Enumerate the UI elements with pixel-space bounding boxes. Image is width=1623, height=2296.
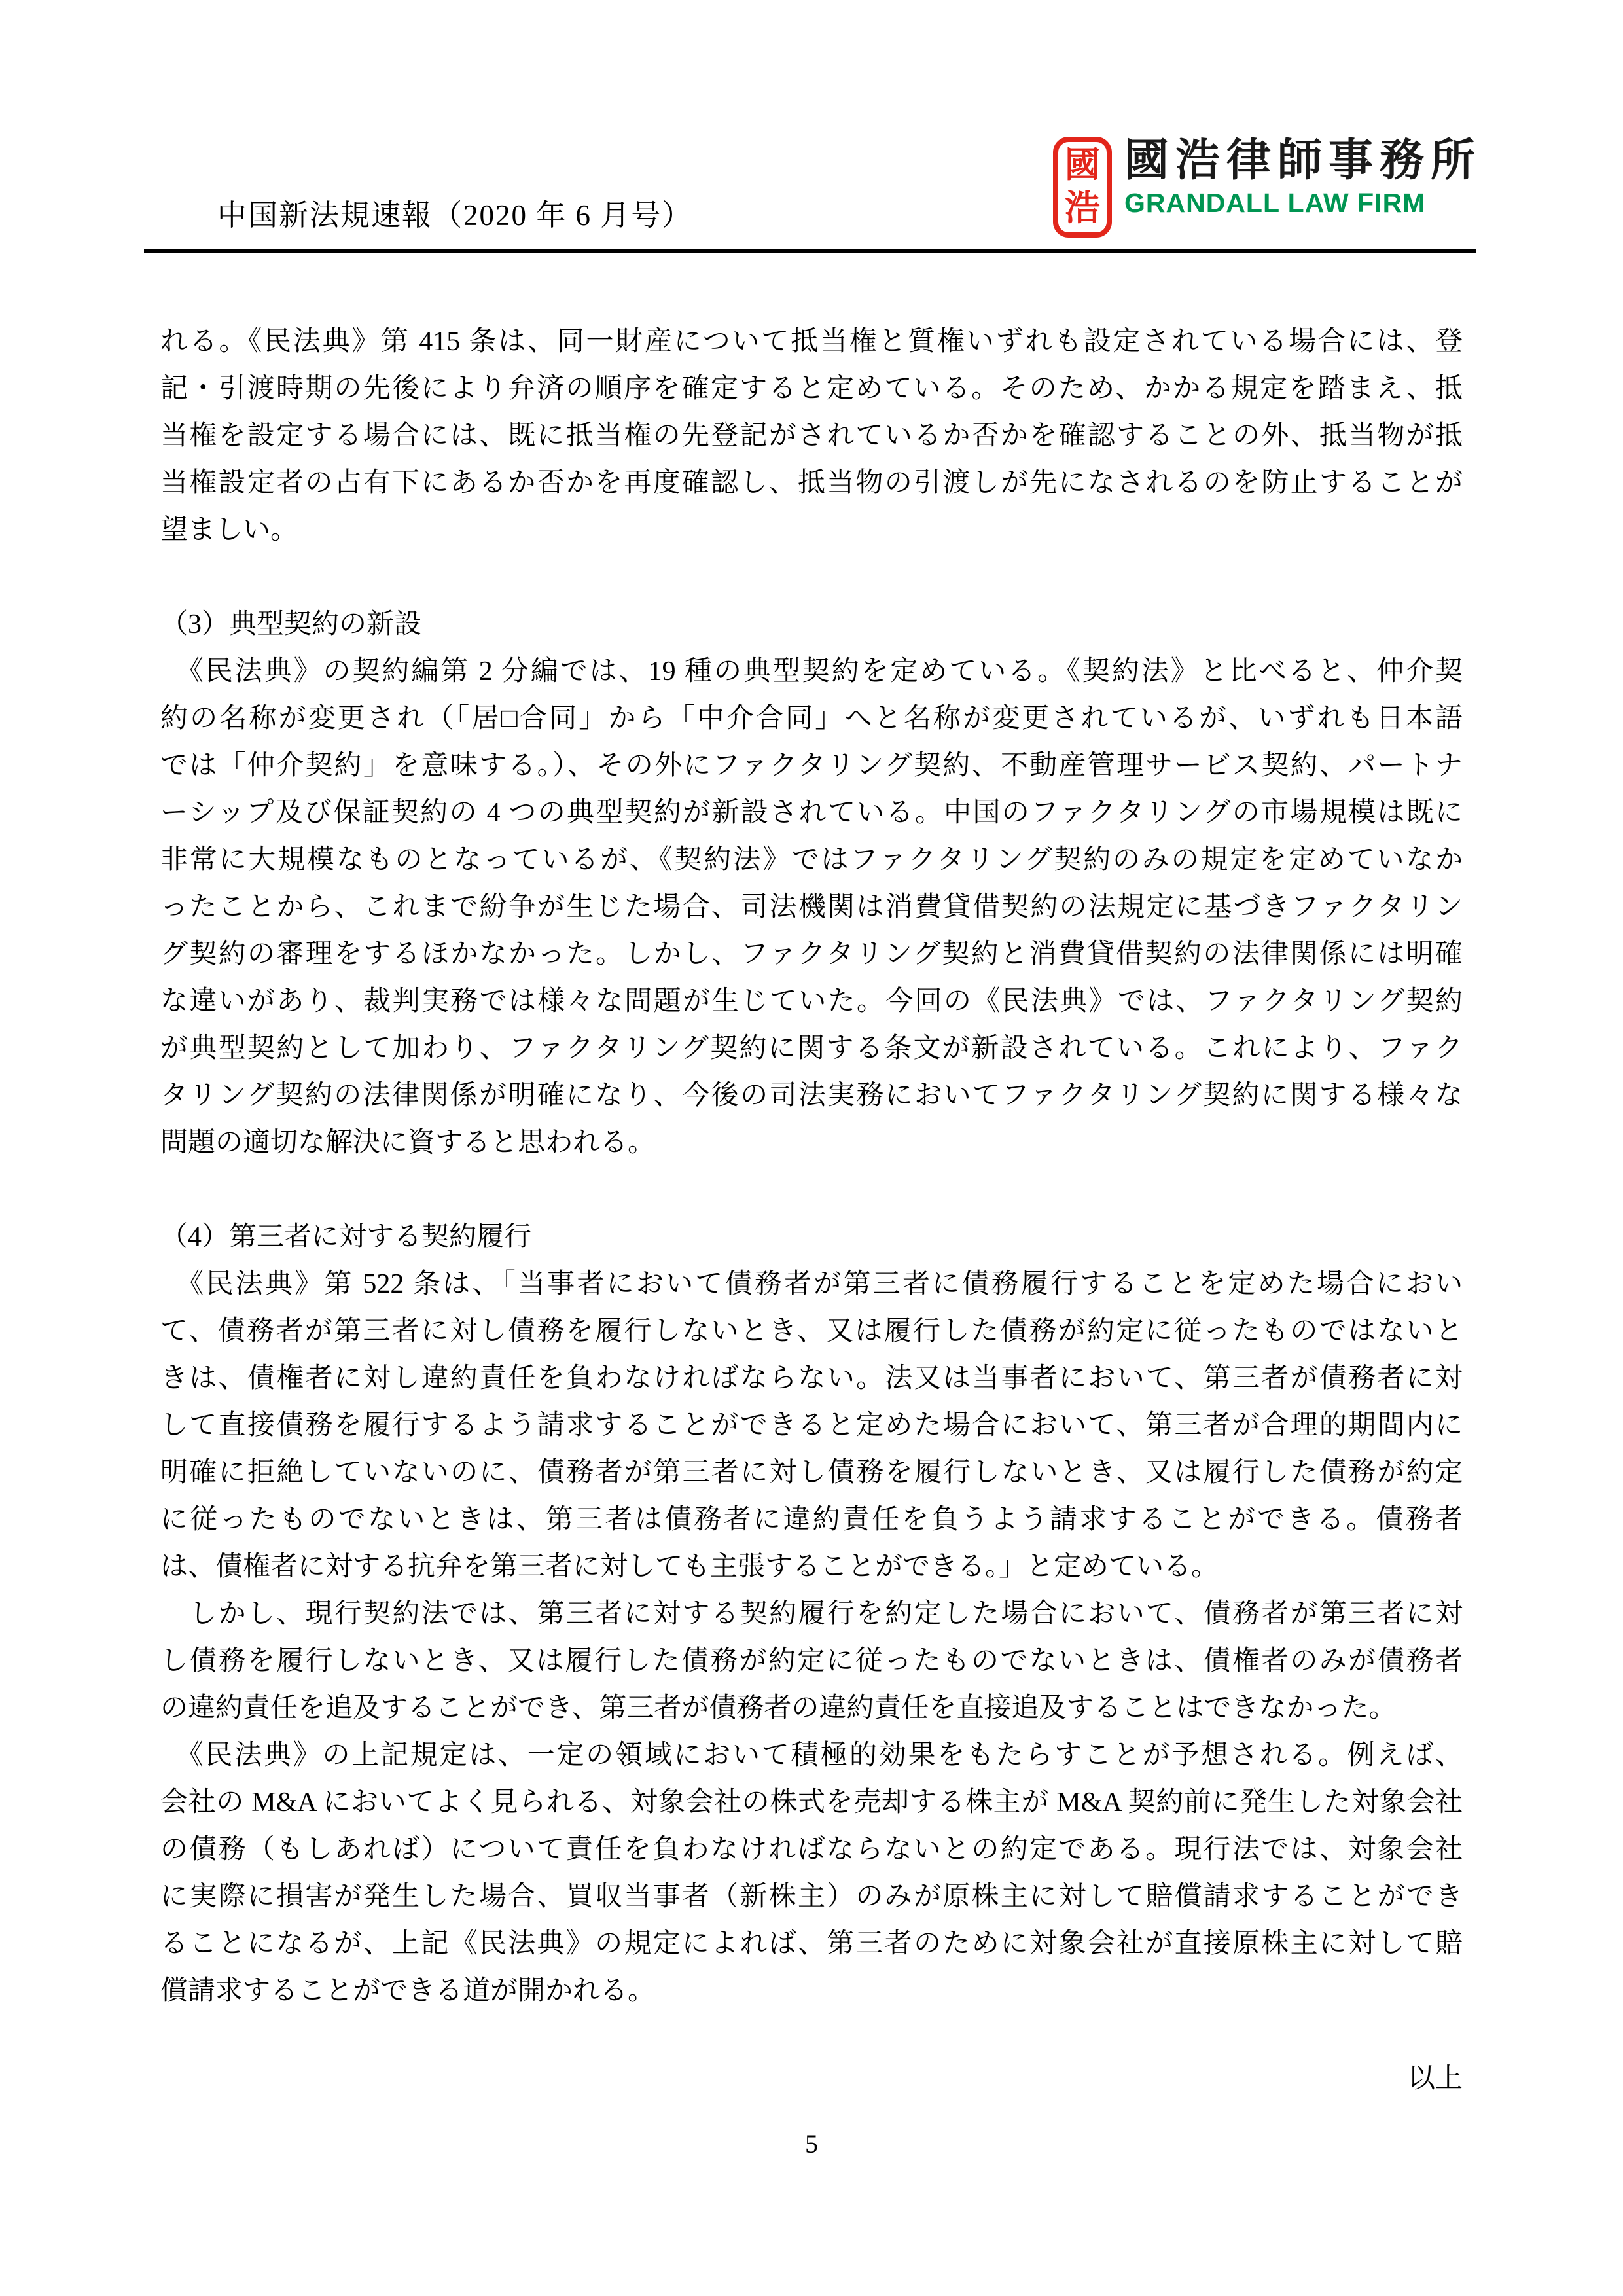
- body-line: し債務を履行しないとき、又は履行した債務が約定に従ったものでないときは、債権者の…: [160, 1638, 1463, 1685]
- newsletter-title: 中国新法規速報（2020 年 6 月号）: [217, 191, 692, 234]
- body-paragraph: 《民法典》第 522 条は、「当事者において債務者が第三者に債務履行することを定…: [160, 1261, 1463, 1590]
- body-line: 約の名称が変更され（「居□合同」から「中介合同」へと名称が変更されているが、いず…: [160, 695, 1463, 742]
- body-line: の違約責任を追及することができ、第三者が債務者の違約責任を直接追及することはでき…: [160, 1685, 1463, 1732]
- body-line: 問題の適切な解決に資すると思われる。: [160, 1119, 1463, 1166]
- body-line: 会社の M&A においてよく見られる、対象会社の株式を売却する株主が M&A 契…: [160, 1779, 1463, 1826]
- body-line: は、債権者に対する抗弁を第三者に対しても主張することができる。」と定めている。: [160, 1543, 1463, 1590]
- header-rule: [144, 249, 1476, 253]
- body-line: では「仲介契約」を意味する。）、その外にファクタリング契約、不動産管理サービス契…: [160, 742, 1463, 789]
- document-page: 中国新法規速報（2020 年 6 月号） 國 浩 國浩律師事務所 GRANDAL…: [0, 0, 1623, 2296]
- body-line: の債務（もしあれば）について責任を負わなければならないとの約定である。現行法では…: [160, 1826, 1463, 1873]
- body-line: しかし、現行契約法では、第三者に対する契約履行を約定した場合において、債務者が第…: [160, 1590, 1463, 1638]
- body-line: 《民法典》第 522 条は、「当事者において債務者が第三者に債務履行することを定…: [160, 1261, 1463, 1308]
- seal-char-top: 國: [1065, 145, 1100, 185]
- body-paragraph: れる。《民法典》第 415 条は、同一財産について抵当権と質権いずれも設定されて…: [160, 318, 1463, 554]
- body-line: ーシップ及び保証契約の 4 つの典型契約が新設されている。中国のファクタリングの…: [160, 789, 1463, 836]
- body-line: に実際に損害が発生した場合、買収当事者（新株主）のみが原株主に対して賠償請求する…: [160, 1873, 1463, 1920]
- firm-logo: 國 浩 國浩律師事務所 GRANDALL LAW FIRM: [1052, 136, 1482, 238]
- body-paragraph: 《民法典》の上記規定は、一定の領域において積極的効果をもたらすことが予想される。…: [160, 1732, 1463, 2015]
- body-line: して直接債務を履行するよう請求することができると定めた場合において、第三者が合理…: [160, 1402, 1463, 1449]
- body-line: 望ましい。: [160, 507, 1463, 554]
- body-line: ったことから、これまで紛争が生じた場合、司法機関は消費貸借契約の法規定に基づきフ…: [160, 884, 1463, 931]
- firm-seal-icon: 國 浩: [1052, 136, 1113, 238]
- body-line: が典型契約として加わり、ファクタリング契約に関する条文が新設されている。これによ…: [160, 1025, 1463, 1072]
- page-number: 5: [0, 2128, 1623, 2159]
- body-line: れる。《民法典》第 415 条は、同一財産について抵当権と質権いずれも設定されて…: [160, 318, 1463, 365]
- body-line: 記・引渡時期の先後により弁済の順序を確定すると定めている。そのため、かかる規定を…: [160, 365, 1463, 412]
- body-paragraph: しかし、現行契約法では、第三者に対する契約履行を約定した場合において、債務者が第…: [160, 1590, 1463, 1732]
- body-line: 償請求することができる道が開かれる。: [160, 1967, 1463, 2015]
- body-line: に従ったものでないときは、第三者は債務者に違約責任を負うよう請求することができる…: [160, 1496, 1463, 1543]
- body-paragraph: 《民法典》の契約編第 2 分編では、19 種の典型契約を定めている。《契約法》と…: [160, 648, 1463, 1166]
- body-line: 明確に拒絶していないのに、債務者が第三者に対し債務を履行しないとき、又は履行した…: [160, 1449, 1463, 1496]
- body-line: な違いがあり、裁判実務では様々な問題が生じていた。今回の《民法典》では、ファクタ…: [160, 978, 1463, 1025]
- body-line: グ契約の審理をするほかなかった。しかし、ファクタリング契約と消費貸借契約の法律関…: [160, 931, 1463, 978]
- body-line: 《民法典》の契約編第 2 分編では、19 種の典型契約を定めている。《契約法》と…: [160, 648, 1463, 695]
- firm-name-en: GRANDALL LAW FIRM: [1124, 188, 1425, 219]
- firm-name-cjk: 國浩律師事務所: [1124, 136, 1482, 185]
- document-body: れる。《民法典》第 415 条は、同一財産について抵当権と質権いずれも設定されて…: [160, 318, 1463, 2102]
- body-line: 当権を設定する場合には、既に抵当権の先登記がされているか否かを確認することの外、…: [160, 412, 1463, 459]
- section-heading: （4）第三者に対する契約履行: [160, 1213, 1463, 1261]
- firm-logotype: 國浩律師事務所 GRANDALL LAW FIRM: [1124, 136, 1482, 219]
- section-heading: （3）典型契約の新設: [160, 601, 1463, 648]
- seal-char-bottom: 浩: [1065, 188, 1100, 228]
- body-line: て、債務者が第三者に対し債務を履行しないとき、又は履行した債務が約定に従ったもの…: [160, 1308, 1463, 1355]
- body-line: 《民法典》の上記規定は、一定の領域において積極的効果をもたらすことが予想される。…: [160, 1732, 1463, 1779]
- body-line: 当権設定者の占有下にあるか否かを再度確認し、抵当物の引渡しが先になされるのを防止…: [160, 459, 1463, 507]
- body-line: きは、債権者に対し違約責任を負わなければならない。法又は当事者において、第三者が…: [160, 1355, 1463, 1402]
- body-line: 非常に大規模なものとなっているが、《契約法》ではファクタリング契約のみの規定を定…: [160, 836, 1463, 884]
- closing-mark: 以上: [160, 2055, 1463, 2102]
- body-line: ることになるが、上記《民法典》の規定によれば、第三者のために対象会社が直接原株主…: [160, 1920, 1463, 1967]
- body-line: タリング契約の法律関係が明確になり、今後の司法実務においてファクタリング契約に関…: [160, 1072, 1463, 1119]
